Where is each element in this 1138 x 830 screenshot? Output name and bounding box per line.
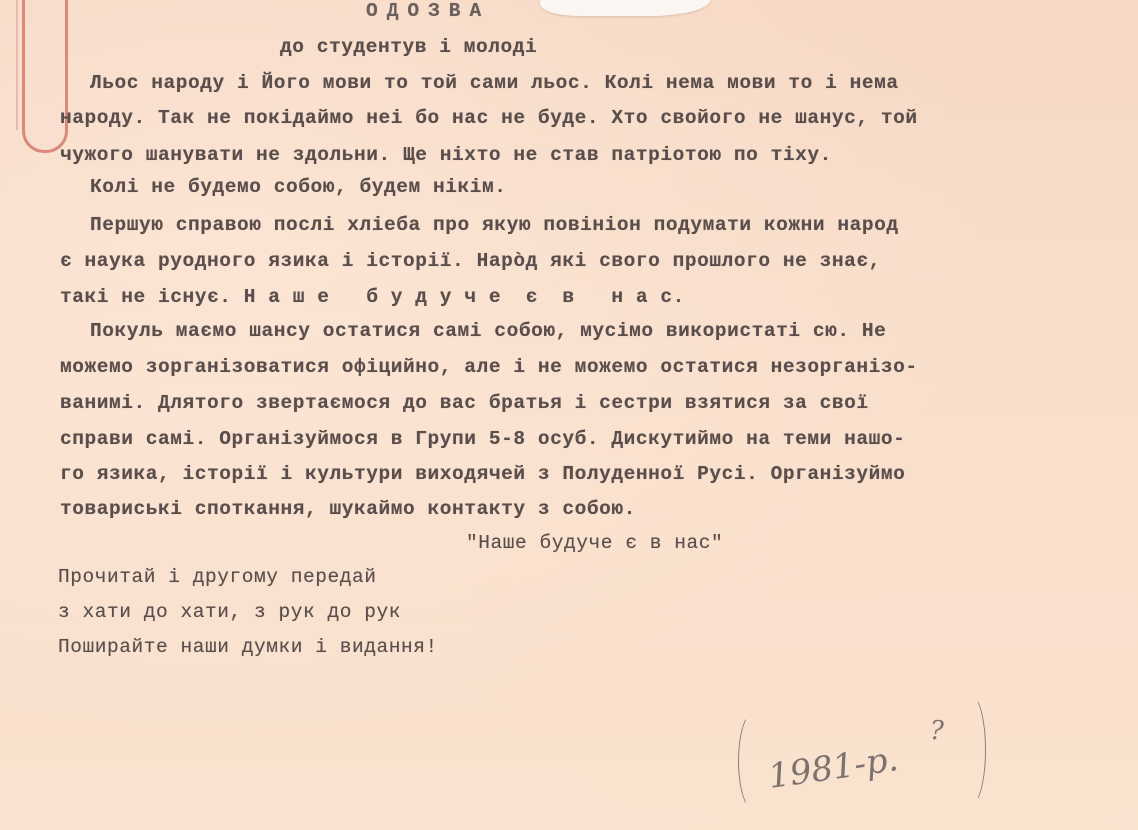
document-subtitle: до студентув і молоді [280,36,537,58]
text-line: народу. Так не покідаймо неі бо нас не б… [60,107,918,129]
text-line: є наука руодного язика і історії. Нарòд … [60,250,881,272]
text-line: Льос народу і Його мови то той сами льос… [90,72,899,94]
text-line: справи самі. Організуймося в Групи 5-8 о… [60,428,905,450]
motto: "Наше будуче є в нас" [466,532,723,554]
handwritten-date: 1981-р. [766,739,901,797]
text-line: Покуль маємо шансу остатися самі собою, … [90,320,886,342]
paperclip-icon [22,0,68,153]
text-line: такі не існує. Н а ш е б у д у ч е є в н… [60,286,685,308]
parenthesis-left [738,712,769,810]
paperclip-shadow [16,0,18,130]
text-line: Колі не будемо собою, будем нікім. [90,176,507,198]
text-line: товариські споткання, шукаймо контакту з… [60,498,636,520]
text-line: чужого шанувати не здольни. Ще ніхто не … [60,144,832,166]
handwritten-annotation: 1981-р. ? [738,712,986,812]
text-line: ванимі. Длятого звертаємося до вас брать… [60,392,869,414]
text-line: го язика, історії і культури виходячей з… [60,463,905,485]
closing-line: з хати до хати, з рук до рук [58,601,401,623]
text-line: Першую справою послі хліеба про якую пов… [90,214,899,236]
closing-line: Прочитай і другому передай [58,566,377,588]
text-line: можемо зорганізоватися офіцийно, але і н… [60,356,918,378]
parenthesis-right [955,694,986,806]
document-title: ОДОЗВА [366,0,490,22]
question-mark: ? [930,716,944,746]
closing-line: Поширайте наши думки і видання! [58,636,438,658]
